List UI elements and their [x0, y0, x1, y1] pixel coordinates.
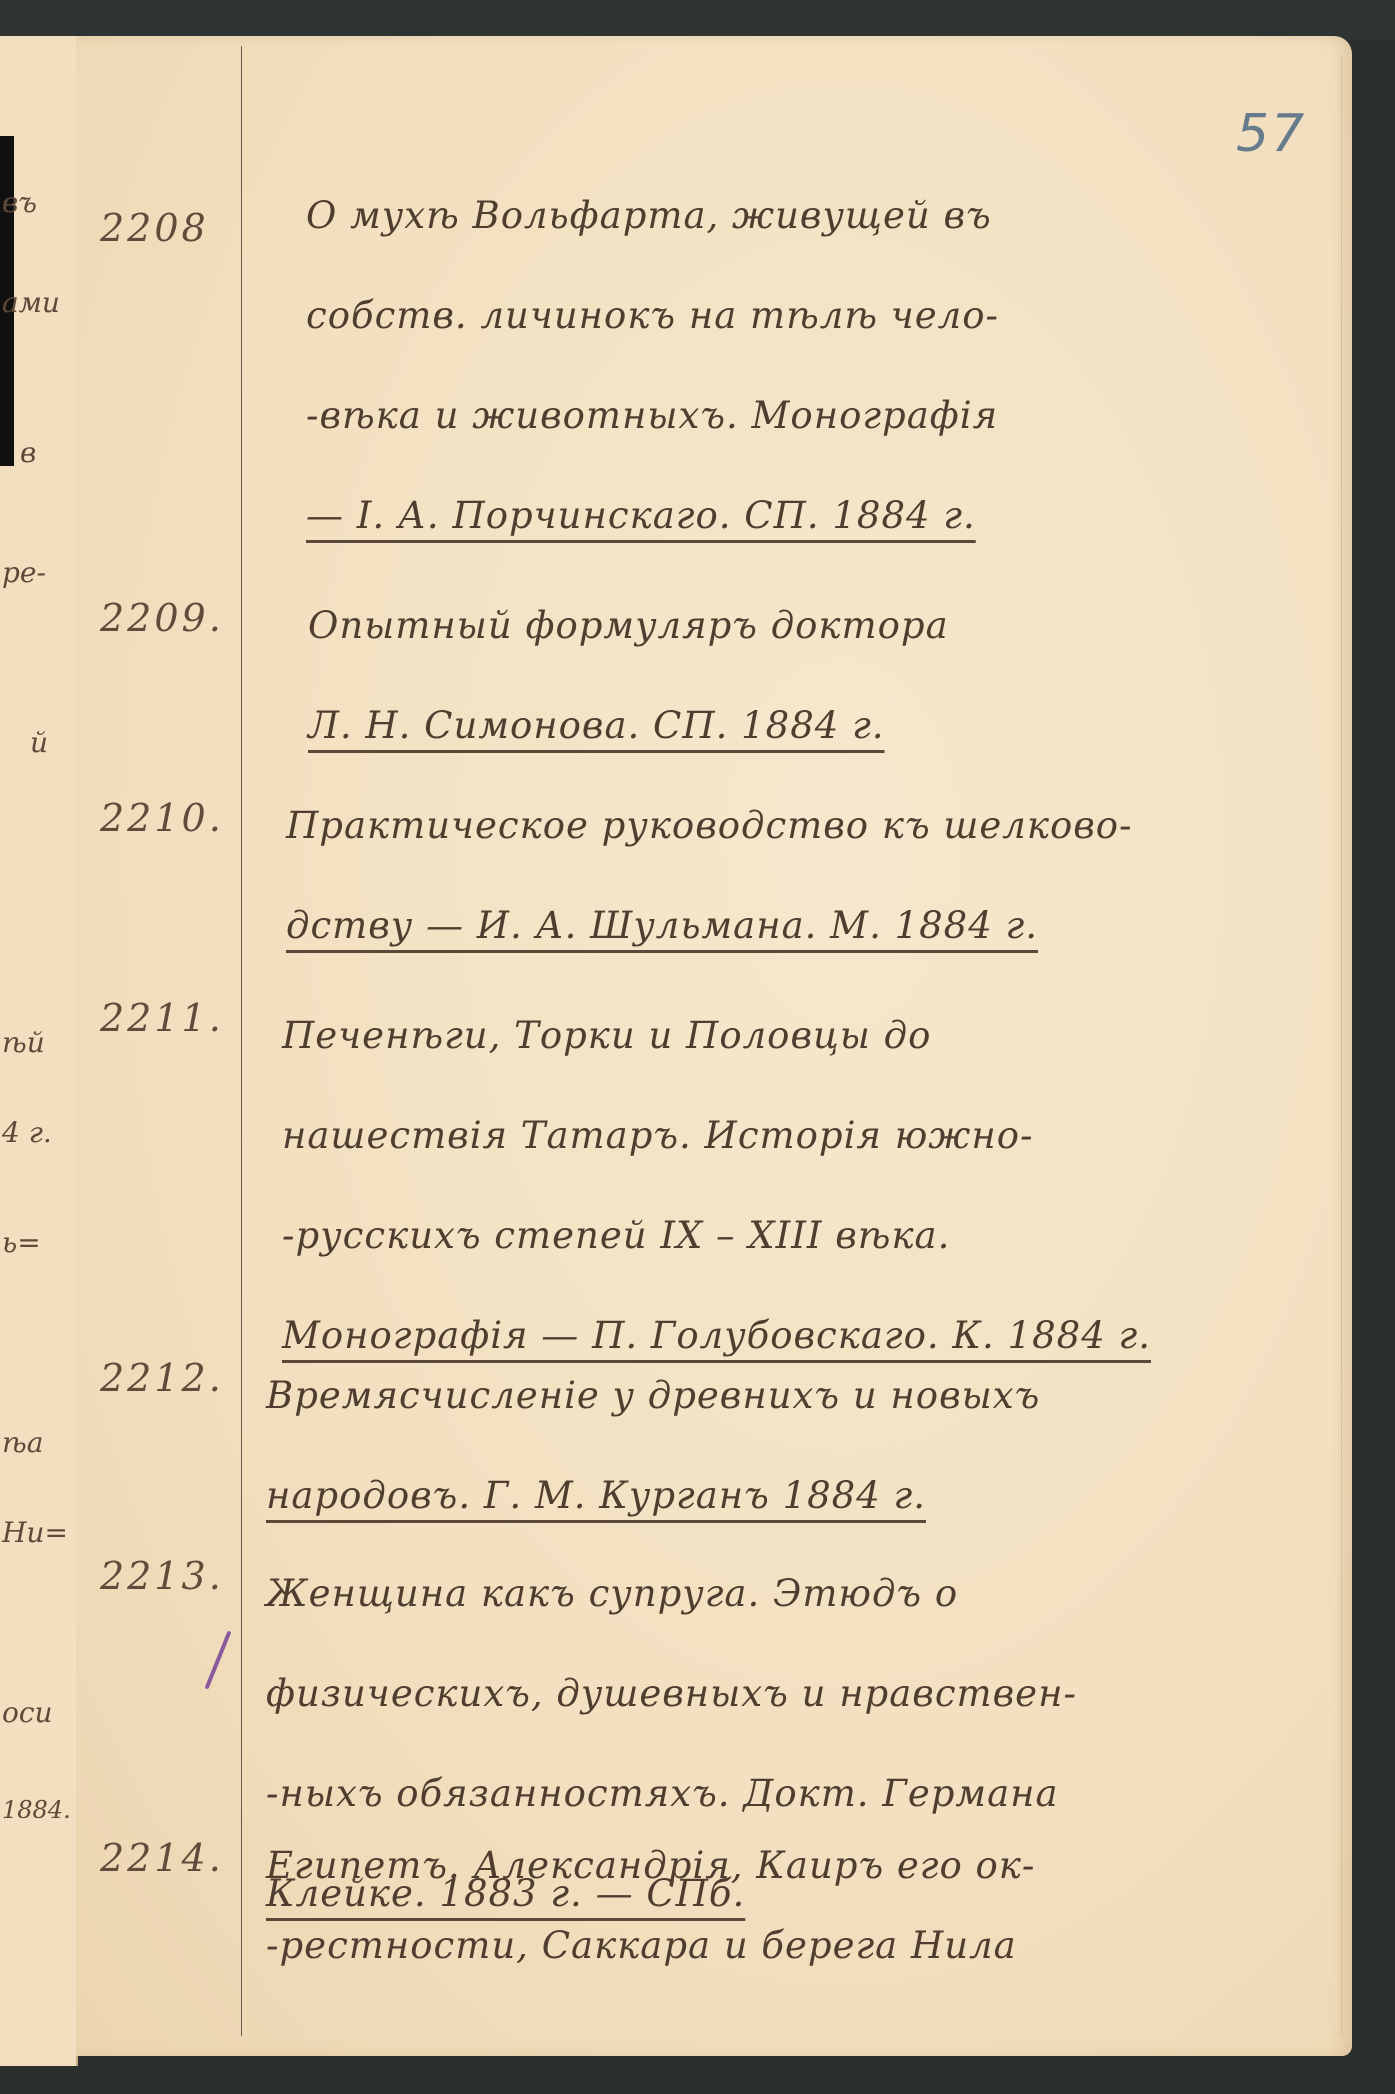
- book-cover-top: [0, 0, 1395, 40]
- left-fragment: ѣа: [2, 1426, 43, 1459]
- catalogue-page: 57 2208 О мухѣ Вольфарта, живущей въ соб…: [76, 36, 1352, 2056]
- entry-text: Печенѣги, Торки и Половцы до нашествія Т…: [282, 986, 1292, 1386]
- entry-text: Египетъ. Александрія, Каиръ его ок- -рес…: [266, 1826, 1276, 1986]
- left-fragment: 4 г.: [2, 1116, 52, 1149]
- left-fragment: й: [30, 726, 48, 759]
- entry-line: -русскихъ степей IX – XIII вѣка.: [282, 1186, 1292, 1286]
- entry-number: 2210.: [100, 796, 230, 840]
- left-fragment: 1884.: [2, 1796, 71, 1824]
- entry-number: 2208: [100, 206, 230, 250]
- number-column-rule: [241, 46, 242, 2036]
- entry-line: Египетъ. Александрія, Каиръ его ок-: [266, 1826, 1276, 1906]
- entry-line: О мухѣ Вольфарта, живущей въ: [306, 166, 1316, 266]
- left-fragment: ами: [2, 286, 60, 319]
- left-fragment: Ни=: [2, 1516, 68, 1549]
- left-fragment: ь=: [2, 1226, 41, 1259]
- entry-text: Времясчисленіе у древнихъ и новыхъ народ…: [266, 1346, 1276, 1546]
- check-mark-icon: [205, 1631, 232, 1690]
- entry-line: Практическое руководство къ шелково-: [286, 776, 1296, 876]
- entry-number: 2212.: [100, 1356, 230, 1400]
- entry-line: Времясчисленіе у древнихъ и новыхъ: [266, 1346, 1276, 1446]
- entry-line: -вѣка и животныхъ. Монографія: [306, 366, 1316, 466]
- left-page-edge: въ ами в ре- й ѣй 4 г. ь= ѣа Ни= оси 188…: [0, 36, 78, 2066]
- entry-line-author: Л. Н. Симонова. СП. 1884 г.: [308, 676, 1318, 776]
- page-edge-line: [1341, 56, 1342, 2036]
- entry-line-author: дству — И. А. Шульмана. М. 1884 г.: [286, 876, 1296, 976]
- entry-line: Женщина какъ супруга. Этюдъ о: [266, 1544, 1276, 1644]
- entry-text: О мухѣ Вольфарта, живущей въ собств. лич…: [306, 166, 1316, 566]
- left-fragment: оси: [2, 1696, 53, 1729]
- left-fragment: ѣй: [2, 1026, 45, 1059]
- entry-number: 2213.: [100, 1554, 230, 1598]
- page-number: 57: [1236, 104, 1306, 164]
- entry-number: 2209.: [100, 596, 230, 640]
- left-fragment: ре-: [2, 556, 46, 589]
- entry-number: 2214.: [100, 1836, 230, 1880]
- entry-line-author: — І. А. Порчинскаго. СП. 1884 г.: [306, 466, 1316, 566]
- entry-line: собств. личинокъ на тѣлѣ чело-: [306, 266, 1316, 366]
- entry-line: физическихъ, душевныхъ и нравствен-: [266, 1644, 1276, 1744]
- entry-text: Практическое руководство къ шелково- дст…: [286, 776, 1296, 976]
- entry-number: 2211.: [100, 996, 230, 1040]
- entry-text: Опытный формуляръ доктора Л. Н. Симонова…: [308, 576, 1318, 776]
- entry-line: -рестности, Саккара и берега Нила: [266, 1906, 1276, 1986]
- entry-line: нашествія Татаръ. Исторія южно-: [282, 1086, 1292, 1186]
- entry-line: Печенѣги, Торки и Половцы до: [282, 986, 1292, 1086]
- entry-line: Опытный формуляръ доктора: [308, 576, 1318, 676]
- left-fragment: въ: [2, 186, 37, 219]
- entry-line-author: народовъ. Г. М. Курганъ 1884 г.: [266, 1446, 1276, 1546]
- left-fragment: в: [20, 436, 36, 469]
